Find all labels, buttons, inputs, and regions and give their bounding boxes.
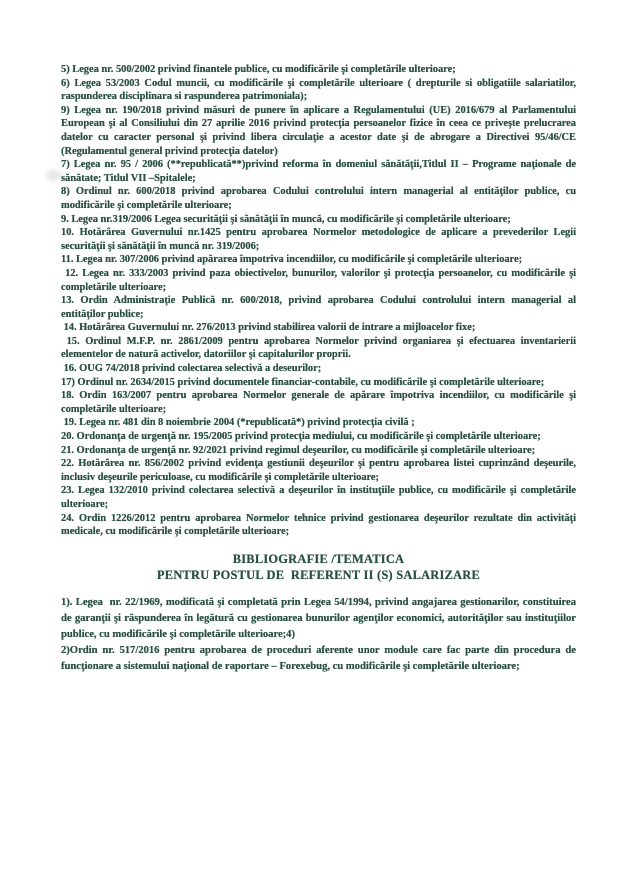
law-item: 13. Ordin Administraţie Publică nr. 600/… [61,294,576,321]
bibliography-paragraph: 1). Legea nr. 22/1969, modificată şi com… [61,594,576,642]
law-item: 15. Ordinul M.F.P. nr. 2861/2009 pentru … [61,335,576,362]
heading-line-1: BIBLIOGRAFIE /TEMATICA [61,551,576,568]
law-item: 9) Legea nr. 190/2018 privind măsuri de … [61,104,576,158]
bibliography-heading: BIBLIOGRAFIE /TEMATICA PENTRU POSTUL DE … [61,551,576,584]
law-item: 9. Legea nr.319/2006 Legea securităţii ş… [61,213,576,227]
law-item: 24. Ordin 1226/2012 pentru aprobarea Nor… [61,512,576,539]
bibliography-list: 1). Legea nr. 22/1969, modificată şi com… [61,594,576,674]
legislation-list: 5) Legea nr. 500/2002 privind finantele … [61,63,576,539]
law-item: 12. Legea nr. 333/2003 privind paza obie… [61,267,576,294]
law-item: 17) Ordinul nr. 2634/2015 privind docume… [61,376,576,390]
law-item: 11. Legea nr. 307/2006 privind apărarea … [61,253,576,267]
document-content: 5) Legea nr. 500/2002 privind finantele … [61,63,576,674]
scan-smudge [46,170,62,181]
document-page: 5) Legea nr. 500/2002 privind finantele … [0,0,620,877]
law-item: 6) Legea 53/2003 Codul muncii, cu modifi… [61,77,576,104]
law-item: 8) Ordinul nr. 600/2018 privind aprobare… [61,185,576,212]
law-item: 20. Ordonanţa de urgenţă nr. 195/2005 pr… [61,430,576,444]
law-item: 10. Hotărârea Guvernului nr.1425 pentru … [61,226,576,253]
law-item: 7) Legea nr. 95 / 2006 (**republicată**)… [61,158,576,185]
law-item: 22. Hotărârea nr. 856/2002 privind evide… [61,457,576,484]
law-item: 14. Hotărârea Guvernului nr. 276/2013 pr… [61,321,576,335]
law-item: 18. Ordin 163/2007 pentru aprobarea Norm… [61,389,576,416]
bibliography-paragraph: 2)Ordin nr. 517/2016 pentru aprobarea de… [61,642,576,674]
heading-line-2: PENTRU POSTUL DE REFERENT II (S) SALARIZ… [61,567,576,584]
law-item: 16. OUG 74/2018 privind colectarea selec… [61,362,576,376]
law-item: 23. Legea 132/2010 privind colectarea se… [61,484,576,511]
law-item: 5) Legea nr. 500/2002 privind finantele … [61,63,576,77]
law-item: 19. Legea nr. 481 din 8 noiembrie 2004 (… [61,416,576,430]
law-item: 21. Ordonanţa de urgenţă nr. 92/2021 pri… [61,444,576,458]
